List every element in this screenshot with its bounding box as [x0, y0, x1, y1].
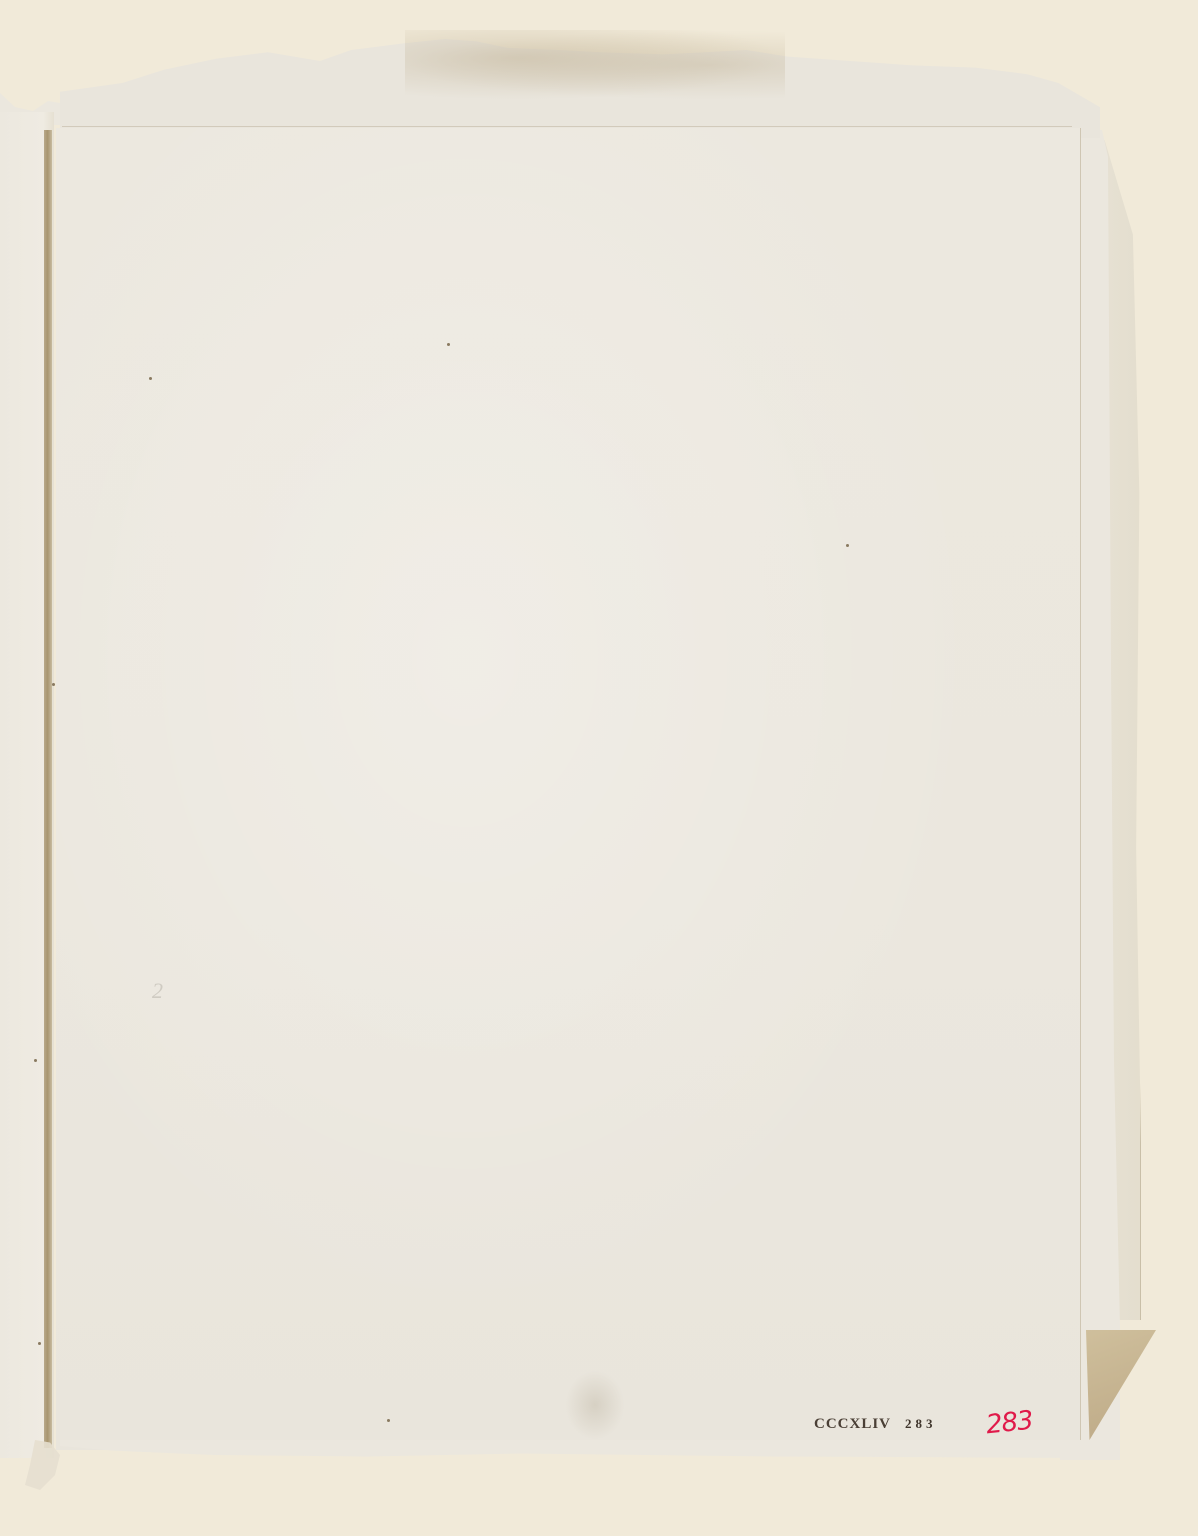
pencil-mark: 2	[152, 978, 163, 1004]
top-fold-line	[62, 126, 1072, 127]
main-page-torn-bottom	[60, 1440, 1085, 1470]
scanned-page: 2 CCCXLIV 283 283	[0, 0, 1198, 1536]
paper-speck	[34, 1059, 37, 1062]
paper-speck	[38, 1342, 41, 1345]
paper-smudge	[565, 1370, 625, 1440]
main-page	[56, 128, 1081, 1450]
top-flap-stain	[405, 30, 785, 100]
paper-speck	[846, 544, 849, 547]
folio-stamp: CCCXLIV 283	[814, 1416, 937, 1433]
folio-roman-numeral: CCCXLIV	[814, 1416, 891, 1433]
paper-speck	[149, 377, 152, 380]
paper-speck	[447, 343, 450, 346]
folio-stamped-number: 283	[905, 1416, 937, 1432]
paper-speck	[387, 1419, 390, 1422]
book-gutter	[44, 130, 52, 1448]
folio-handwritten-number: 283	[985, 1406, 1035, 1441]
paper-speck	[52, 683, 55, 686]
folded-corner	[1086, 1330, 1156, 1440]
